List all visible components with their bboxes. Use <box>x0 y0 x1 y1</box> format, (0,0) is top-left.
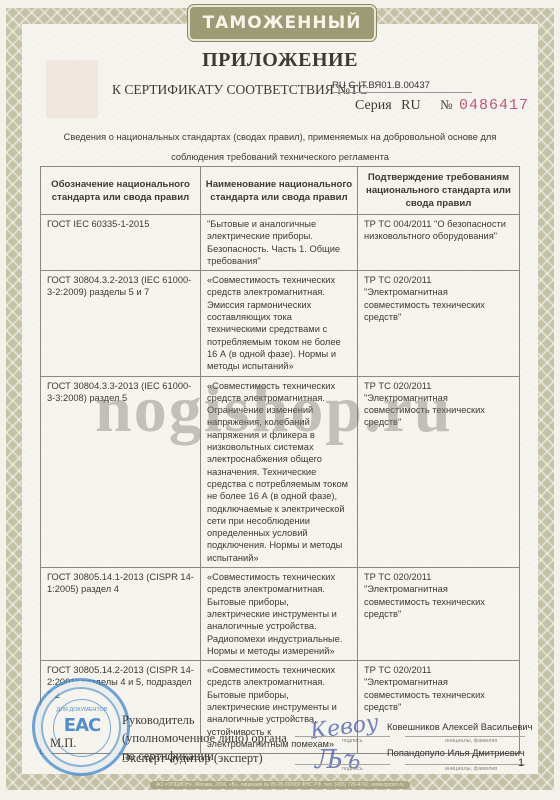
cell-name: «Совместимость технических средств элект… <box>201 568 358 661</box>
cell-confirmation: ТР ТС 020/2011 "Электромагнитная совмест… <box>357 568 519 661</box>
page-number: 1 <box>518 757 524 769</box>
column-header-designation: Обозначение национального стандарта или … <box>41 167 201 215</box>
stamp-doc-text: ДЛЯ ДОКУМЕНТОВ <box>54 707 110 713</box>
column-header-confirmation: Подтверждение требованиям национального … <box>357 167 519 215</box>
signature-caption: подпись <box>342 766 363 772</box>
signature-line <box>295 764 390 765</box>
table-row: ГОСТ 30804.3.3-2013 (IEC 61000-3-3:2008)… <box>41 376 520 567</box>
signature-caption: подпись <box>342 738 363 744</box>
printer-imprint: АО «ОПЦИОН», Москва, 2016, «Б», лицензия… <box>150 781 410 789</box>
table-row: ГОСТ IEC 60335-1-2015 "Бытовые и аналоги… <box>41 215 520 271</box>
number-sign: № <box>440 97 452 112</box>
certificate-caption: К СЕРТИФИКАТУ СООТВЕТСТВИЯ №ТС <box>112 82 367 98</box>
head-name: Ковешников Алексей Васильевич <box>387 722 532 732</box>
series-line: Серия RU № 0486417 <box>355 97 529 114</box>
expert-signatory-label: Эксперт-аудитор (эксперт) <box>122 751 263 766</box>
column-header-name: Наименование национального стандарта или… <box>201 167 358 215</box>
form-number: 0486417 <box>459 97 529 114</box>
signature-line <box>295 736 390 737</box>
certification-stamp: ДЛЯ ДОКУМЕНТОВ ЕАС <box>32 678 130 776</box>
cell-designation: ГОСТ 30805.14.1-2013 (CISPR 14-1:2005) р… <box>41 568 201 661</box>
name-caption: инициалы, фамилия <box>445 766 497 772</box>
cell-name: «Совместимость технических средств элект… <box>201 376 358 567</box>
expert-name: Попандопуло Илья Дмитриевич <box>387 748 525 758</box>
standards-table: Обозначение национального стандарта или … <box>40 166 520 754</box>
table-row: ГОСТ 30805.14.1-2013 (CISPR 14-1:2005) р… <box>41 568 520 661</box>
cell-designation: ГОСТ 30804.3.2-2013 (IEC 61000-3-2:2009)… <box>41 271 201 376</box>
cell-confirmation: ТР ТС 020/2011 "Электромагнитная совмест… <box>357 376 519 567</box>
cell-name: «Совместимость технических средств элект… <box>201 271 358 376</box>
name-caption: инициалы, фамилия <box>445 738 497 744</box>
intro-text: Сведения о национальных стандартах (свод… <box>40 127 520 167</box>
name-line <box>405 764 525 765</box>
certificate-number: RU C-IT.ВЯ01.В.00437 <box>332 80 472 93</box>
series-value: RU <box>401 98 420 113</box>
cell-name: "Бытовые и аналогичные электрические при… <box>201 215 358 271</box>
document-title: ПРИЛОЖЕНИЕ <box>0 49 560 72</box>
table-row: ГОСТ 30804.3.2-2013 (IEC 61000-3-2:2009)… <box>41 271 520 376</box>
table-header-row: Обозначение национального стандарта или … <box>41 167 520 215</box>
series-label: Серия <box>355 98 392 113</box>
cell-designation: ГОСТ IEC 60335-1-2015 <box>41 215 201 271</box>
customs-union-badge: ТАМОЖЕННЫЙ СОЮЗ <box>188 5 376 41</box>
name-line <box>405 736 525 737</box>
cell-confirmation: ТР ТС 004/2011 "О безопасности низковоль… <box>357 215 519 271</box>
seal-place-label: М.П. <box>50 736 76 751</box>
eac-mark-icon: ЕАС <box>54 715 110 736</box>
cell-confirmation: ТР ТС 020/2011 "Электромагнитная совмест… <box>357 271 519 376</box>
cell-designation: ГОСТ 30804.3.3-2013 (IEC 61000-3-3:2008)… <box>41 376 201 567</box>
